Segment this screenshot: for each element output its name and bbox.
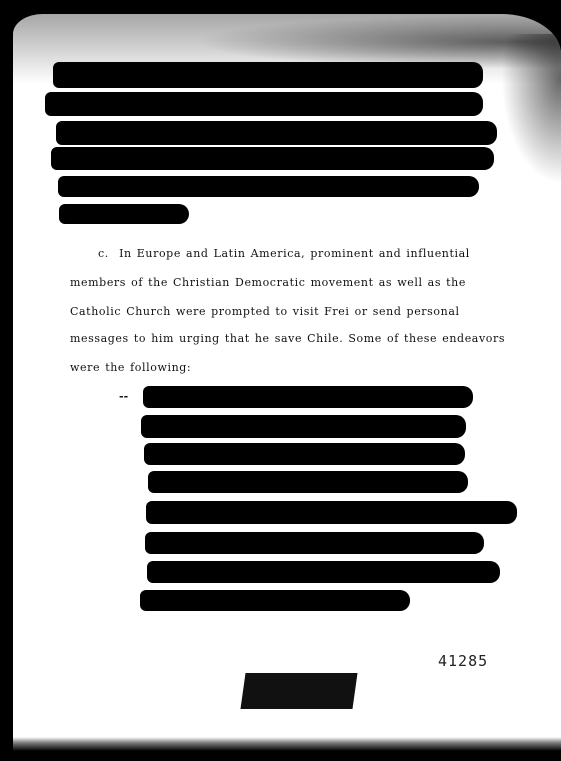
redaction-bar — [144, 443, 465, 465]
scan-noise-bottom — [13, 737, 561, 751]
redaction-bar — [53, 62, 483, 88]
redaction-bar — [140, 590, 410, 611]
redaction-bar — [45, 92, 483, 116]
list-marker: -- — [119, 390, 128, 403]
redaction-bar — [146, 501, 517, 524]
paragraph-line-3: Catholic Church were prompted to visit F… — [70, 305, 460, 318]
redaction-bar — [147, 561, 500, 583]
paragraph-line-1: c. In Europe and Latin America, prominen… — [98, 247, 470, 260]
footer-stamp-redaction — [240, 673, 357, 709]
document-page: c. In Europe and Latin America, prominen… — [13, 14, 561, 751]
paragraph-line-5: were the following: — [70, 361, 191, 374]
redaction-bar — [148, 471, 468, 493]
redaction-bar — [145, 532, 484, 554]
paragraph-line-2: members of the Christian Democratic move… — [70, 276, 466, 289]
redaction-bar — [143, 386, 473, 408]
paragraph-label: c. — [98, 247, 109, 260]
redaction-bar — [51, 147, 494, 170]
paragraph-line-4: messages to him urging that he save Chil… — [70, 332, 505, 345]
redaction-bar — [58, 176, 479, 197]
redaction-bar — [141, 415, 466, 438]
redaction-bar — [56, 121, 497, 145]
scan-noise-right — [501, 34, 561, 184]
redaction-bar — [59, 204, 189, 224]
document-number: 41285 — [438, 652, 488, 670]
